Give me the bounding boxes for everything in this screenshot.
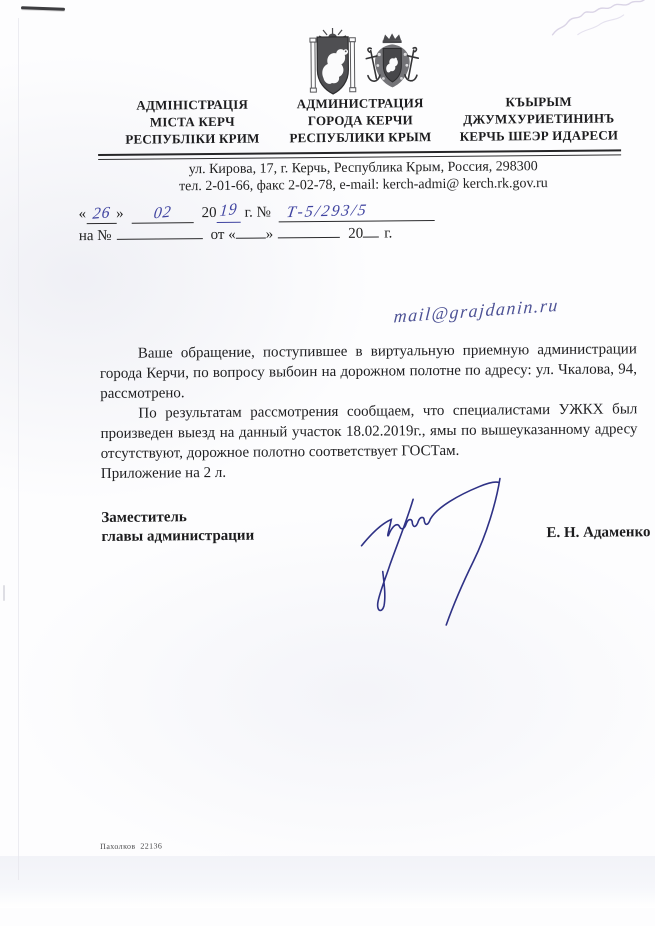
address-block: ул. Кирова, 17, г. Керчь, Республика Кры… — [128, 159, 598, 196]
crimea-emblem-icon — [309, 26, 357, 98]
reply-prefix: на № — [79, 228, 112, 244]
reply-from: от « — [210, 227, 235, 243]
org-ru-line3: РЕСПУБЛИКИ КРЫМ — [278, 128, 443, 146]
reply-g: г. — [384, 225, 392, 241]
signer-title-line2: главы администрации — [101, 527, 254, 547]
handwritten-email-note: mail@grajdanin.ru — [393, 290, 624, 327]
signer-title: Заместитель главы администрации — [101, 508, 254, 547]
org-name-crimean-tatar: КЪЫРЫМ ДЖУМХУРИЕТИНИНЪ КЕРЧЬ ШЕЭР ИДАРЕС… — [448, 92, 630, 145]
signature-mark — [349, 464, 520, 635]
org-ru-line2: ГОРОДА КЕРЧИ — [278, 111, 443, 129]
org-crh-line3: КЕРЧЬ ШЕЭР ИДАРЕСИ — [448, 126, 630, 145]
handwritten-doc-number: Т-5/293/5 — [286, 202, 370, 222]
handwritten-month: 02 — [153, 203, 173, 223]
handwritten-year: 19 — [219, 200, 239, 221]
address-line-2: тел. 2-01-66, факс 2-02-78, e-mail: kerc… — [128, 175, 598, 196]
signer-name: Е. Н. Адаменко — [546, 524, 650, 542]
body-paragraph-1: Ваше обращение, поступившее в виртуальну… — [100, 339, 638, 404]
org-name-russian: АДМИНИСТРАЦИЯ ГОРОДА КЕРЧИ РЕСПУБЛИКИ КР… — [278, 94, 443, 146]
letter-sheet: АДМІНІСТРАЦІЯ МІСТА КЕРЧ РЕСПУБЛІКИ КРИМ… — [0, 0, 655, 926]
reply-reference-line: на №от «»20г. — [79, 225, 393, 245]
org-ru-line1: АДМИНИСТРАЦИЯ — [278, 94, 443, 112]
org-uk-line3: РЕСПУБЛІКИ КРИМ — [110, 129, 275, 147]
quote-open: « — [79, 206, 87, 222]
year-printed: 20 — [202, 205, 217, 221]
handwritten-day: 26 — [91, 204, 111, 224]
org-uk-line1: АДМІНІСТРАЦІЯ — [110, 95, 275, 113]
org-crh-line1: КЪЫРЫМ — [448, 92, 630, 111]
kerch-emblem-icon — [363, 32, 422, 97]
body-paragraph-2: По результатам рассмотрения сообщаем, чт… — [100, 399, 638, 464]
quote-close: » — [116, 206, 124, 222]
reply-quote-close: » — [266, 226, 274, 242]
org-name-ukrainian: АДМІНІСТРАЦІЯ МІСТА КЕРЧ РЕСПУБЛІКИ КРИМ — [110, 95, 275, 147]
reply-year: 20 — [348, 226, 363, 242]
org-uk-line2: МІСТА КЕРЧ — [110, 112, 275, 130]
org-crh-line2: ДЖУМХУРИЕТИНИНЪ — [448, 109, 630, 128]
signer-title-line1: Заместитель — [101, 508, 254, 528]
letter-body: Ваше обращение, поступившее в виртуальну… — [100, 339, 638, 484]
date-number-line: «26»022019г. №Т-5/293/5 — [79, 202, 435, 224]
number-label: г. № — [245, 204, 271, 220]
executor-note: Пахолков 22136 — [100, 841, 162, 851]
